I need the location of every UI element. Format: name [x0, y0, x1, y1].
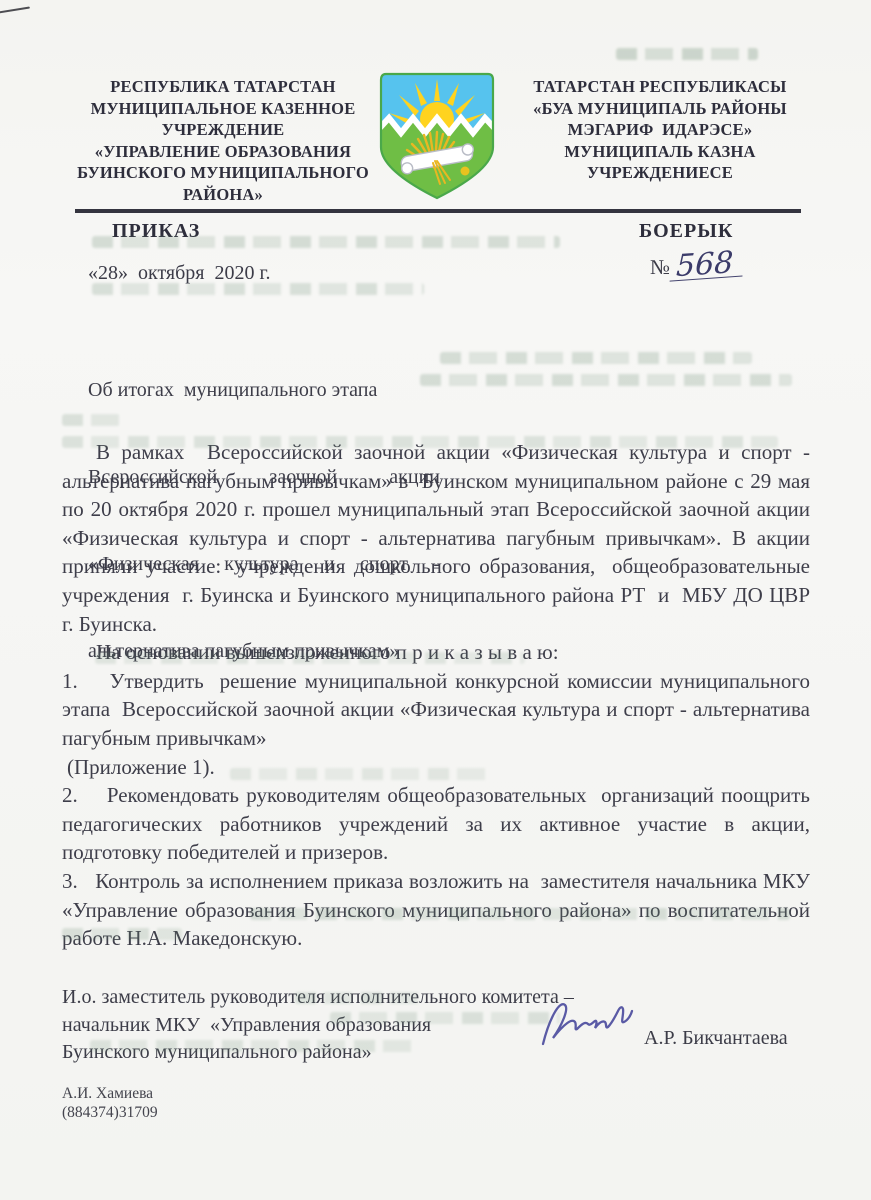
executor-name: А.И. Хамиева [62, 1084, 158, 1103]
order-number-handwritten: 568 [670, 249, 744, 281]
org-right-line: УЧРЕЖДЕНИЕСЕ [502, 162, 818, 184]
bleedthrough-artifact [295, 992, 425, 1004]
signatory-name: А.Р. Бикчантаева [644, 1027, 788, 1050]
order-body: В рамках Всероссийской заочной акции «Фи… [62, 438, 810, 953]
subject-line: Об итогах муниципального этапа [88, 376, 440, 405]
coat-of-arms-icon [377, 71, 497, 201]
executor-phone: (884374)31709 [62, 1103, 158, 1122]
bleedthrough-artifact [440, 352, 752, 364]
bleedthrough-artifact [62, 414, 120, 426]
order-number: №568 [650, 252, 743, 280]
bleedthrough-artifact [420, 374, 792, 386]
org-right-line: «БУА МУНИЦИПАЛЬ РАЙОНЫ [502, 98, 818, 120]
order-item-2: 2. Рекомендовать руководителям общеобраз… [62, 781, 810, 867]
bleedthrough-artifact [62, 928, 182, 940]
bleedthrough-artifact [616, 48, 758, 60]
number-sign: № [650, 255, 670, 279]
org-name-russian: РЕСПУБЛИКА ТАТАРСТАН МУНИЦИПАЛЬНОЕ КАЗЕН… [74, 76, 372, 205]
org-right-line: МЭГАРИФ ИДАРЭСЕ» [502, 119, 818, 141]
org-left-line: УЧРЕЖДЕНИЕ [74, 119, 372, 141]
org-right-line: МУНИЦИПАЛЬ КАЗНА [502, 141, 818, 163]
scan-pen-mark [0, 7, 30, 14]
order-item-1: 1. Утвердить решение муниципальной конку… [62, 667, 810, 753]
org-left-line: «УПРАВЛЕНИЕ ОБРАЗОВАНИЯ [74, 141, 372, 163]
org-left-line: МУНИЦИПАЛЬНОЕ КАЗЕННОЕ [74, 98, 372, 120]
org-left-line: РАЙОНА» [74, 184, 372, 206]
org-name-tatar: ТАТАРСТАН РЕСПУБЛИКАСЫ «БУА МУНИЦИПАЛЬ Р… [502, 76, 818, 184]
org-left-line: БУИНСКОГО МУНИЦИПАЛЬНОГО [74, 162, 372, 184]
bleedthrough-artifact [62, 436, 778, 448]
intro-paragraph: В рамках Всероссийской заочной акции «Фи… [62, 438, 810, 638]
bleedthrough-artifact [230, 768, 490, 780]
header-separator-rule [75, 209, 801, 213]
doc-type-boeryk: БОЕРЫК [639, 220, 733, 243]
bleedthrough-artifact [95, 652, 525, 664]
org-right-line: ТАТАРСТАН РЕСПУБЛИКАСЫ [502, 76, 818, 98]
scanned-order-document: РЕСПУБЛИКА ТАТАРСТАН МУНИЦИПАЛЬНОЕ КАЗЕН… [0, 0, 871, 1200]
bleedthrough-artifact [90, 1040, 420, 1052]
order-date: «28» октября 2020 г. [88, 262, 270, 285]
bleedthrough-artifact [330, 1012, 560, 1024]
bleedthrough-artifact [92, 236, 560, 248]
bleedthrough-artifact [250, 908, 790, 920]
executor-block: А.И. Хамиева (884374)31709 [62, 1084, 158, 1122]
org-left-line: РЕСПУБЛИКА ТАТАРСТАН [74, 76, 372, 98]
bleedthrough-artifact [92, 283, 424, 295]
